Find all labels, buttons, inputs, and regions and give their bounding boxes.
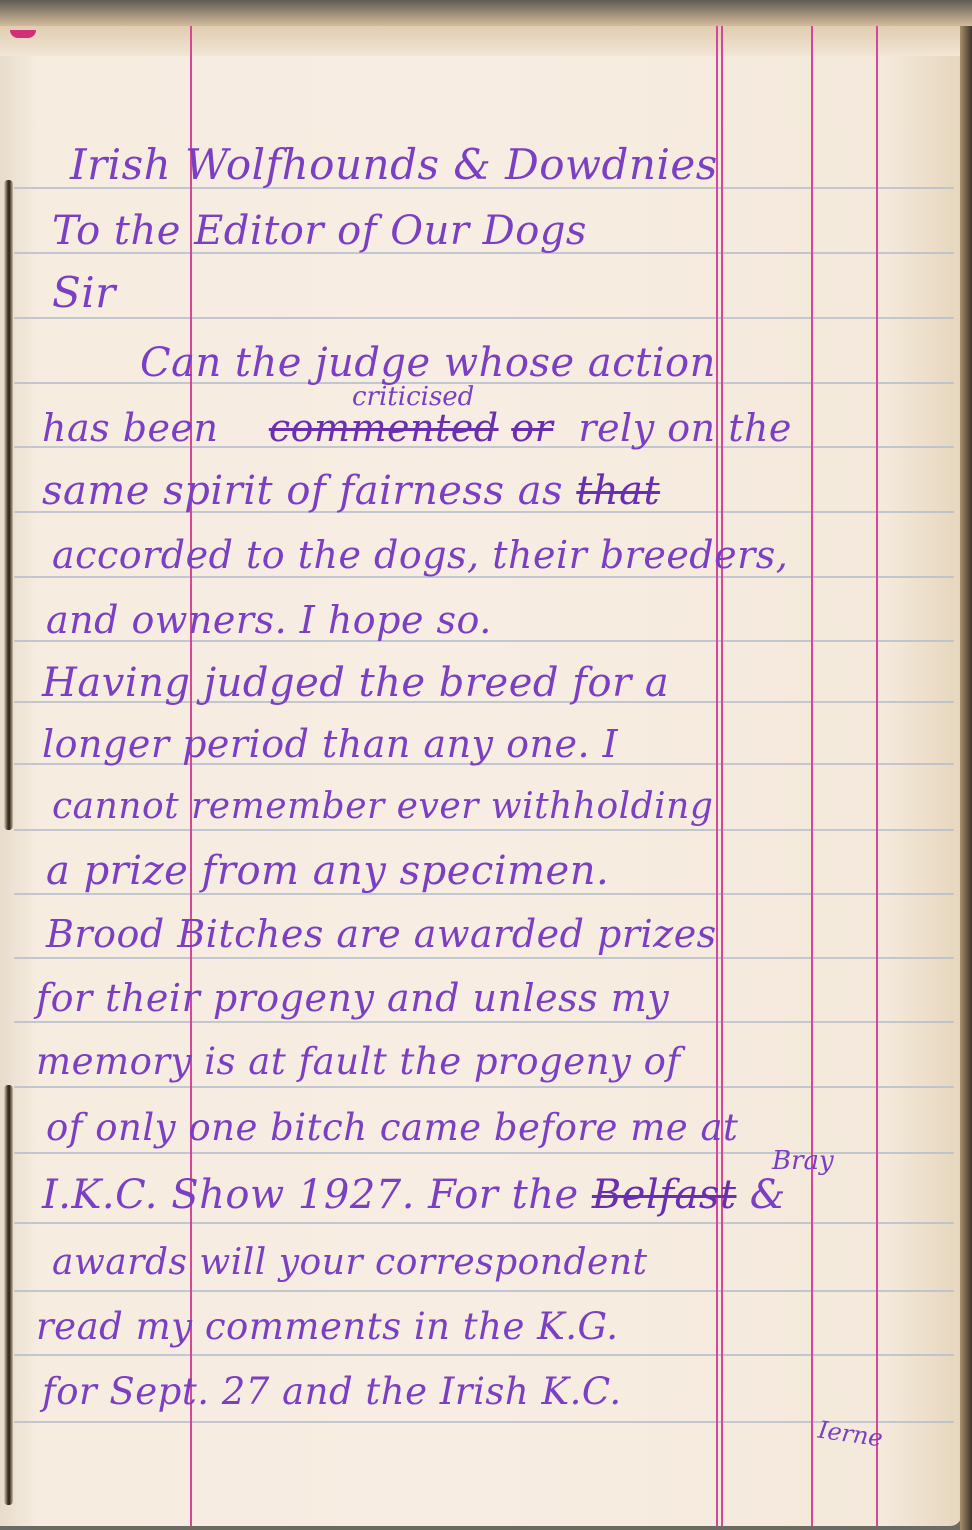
struck-word-that: that [576,468,660,514]
body-line-14-text: I.K.C. Show 1927. For the [42,1172,579,1218]
body-line-10: Brood Bitches are awarded prizes [46,912,717,956]
body-line-1: Can the judge whose action [140,340,716,386]
ink-stain [10,30,36,38]
body-line-7: longer period than any one. I [42,722,618,766]
body-line-2: has been commented or rely on the [42,406,792,450]
body-line-9: a prize from any specimen. [46,848,609,894]
body-line-2-rest: rely on the [578,406,792,450]
page-right-edge [960,26,972,1530]
body-line-12: memory is at fault the progeny of [36,1040,681,1083]
binding-staple-lower [4,1085,13,1505]
struck-word-or: or [511,406,553,450]
body-line-8: cannot remember ever withholding [52,786,713,827]
letter-title: Irish Wolfhounds & Dowdnies [70,140,718,189]
body-line-15: awards will your correspondent [52,1242,648,1283]
body-line-17: for Sept. 27 and the Irish K.C. [42,1370,622,1413]
body-line-3-text: same spirit of fairness as [42,468,563,514]
body-line-13: of only one bitch came before me at [46,1106,738,1149]
body-line-16: read my comments in the K.G. [36,1305,619,1348]
body-line-11: for their progeny and unless my [36,976,669,1020]
body-line-5: and owners. I hope so. [46,598,492,642]
struck-word-commented: commented [269,406,499,450]
body-line-3: same spirit of fairness as that [42,468,660,514]
letter-addressee: To the Editor of Our Dogs [52,208,587,254]
binding-staple-upper [4,180,13,830]
letter-salutation: Sir [52,268,116,317]
body-line-14: I.K.C. Show 1927. For the Belfast & [42,1172,786,1218]
body-line-14-rest: & [750,1172,786,1218]
book-top-shadow [0,0,972,28]
body-line-2-start: has been [42,406,218,450]
page-top-edge [0,26,962,56]
body-line-4: accorded to the dogs, their breeders, [52,533,788,577]
body-line-6: Having judged the breed for a [42,660,669,706]
struck-word-belfast: Belfast [592,1172,737,1218]
